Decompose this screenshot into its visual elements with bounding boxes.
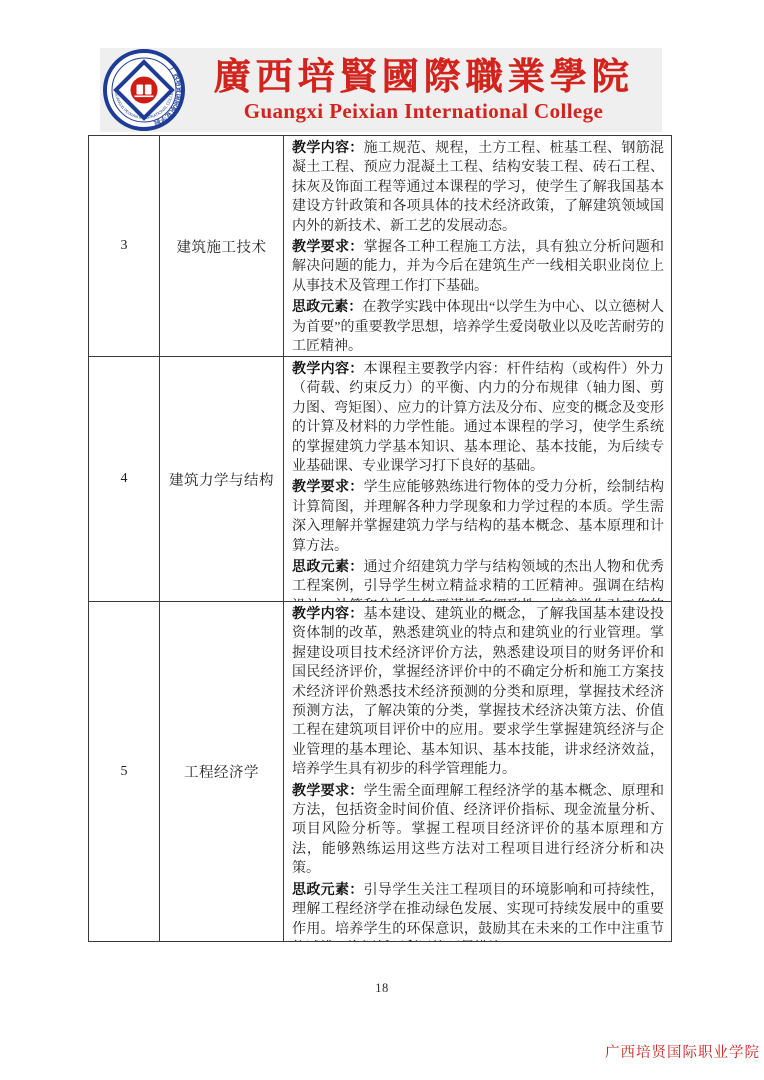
teaching-content-paragraph: 教学内容：本课程主要教学内容：杆件结构（或构件）外力（荷载、约束反力）的平衡、内… bbox=[292, 360, 664, 476]
section-text: 基本建设、建筑业的概念，了解我国基本建设投资体制的改革，熟悉建筑业的特点和建筑业… bbox=[292, 607, 664, 777]
section-label: 教学内容： bbox=[292, 607, 364, 622]
teaching-requirement-paragraph: 教学要求：掌握各工种工程施工方法，具有独立分析问题和解决问题的能力，并为今后在建… bbox=[292, 238, 664, 296]
course-number-cell: 4 bbox=[89, 357, 160, 601]
section-label: 思政元素： bbox=[292, 883, 364, 898]
course-name-cell: 建筑施工技术 bbox=[160, 136, 284, 356]
section-label: 思政元素： bbox=[292, 560, 364, 575]
section-label: 教学要求： bbox=[292, 784, 364, 799]
college-seal-icon: 广西培贤国际职业学院 GUANGXI PEIXIAN INTERNATIONAL… bbox=[103, 49, 185, 131]
college-title-chinese: 廣西培賢國際職業學院 bbox=[185, 59, 662, 96]
teaching-requirement-paragraph: 教学要求：学生需全面理解工程经济学的基本概念、原理和方法，包括资金时间价值、经济… bbox=[292, 782, 664, 879]
teaching-requirement-paragraph: 教学要求：学生应能够熟练进行物体的受力分析，绘制结构计算简图，并理解各种力学现象… bbox=[292, 478, 664, 556]
table-row: 4 建筑力学与结构 教学内容：本课程主要教学内容：杆件结构（或构件）外力（荷载、… bbox=[89, 356, 671, 601]
section-label: 教学内容： bbox=[292, 141, 364, 156]
course-number-cell: 3 bbox=[89, 136, 160, 356]
course-name-cell: 工程经济学 bbox=[160, 602, 284, 941]
page-number: 18 bbox=[0, 981, 764, 996]
college-title-english: Guangxi Peixian International College bbox=[185, 101, 662, 122]
ideological-element-paragraph: 思政元素：通过介绍建筑力学与结构领域的杰出人物和优秀工程案例，引导学生树立精益求… bbox=[292, 558, 664, 601]
document-page: 广西培贤国际职业学院 GUANGXI PEIXIAN INTERNATIONAL… bbox=[0, 0, 764, 1080]
course-name-cell: 建筑力学与结构 bbox=[160, 357, 284, 601]
teaching-content-paragraph: 教学内容：施工规范、规程，土方工程、桩基工程、钢筋混凝土工程、预应力混凝土工程、… bbox=[292, 139, 664, 236]
course-table: 3 建筑施工技术 教学内容：施工规范、规程，土方工程、桩基工程、钢筋混凝土工程、… bbox=[88, 135, 672, 942]
course-detail-cell: 教学内容：本课程主要教学内容：杆件结构（或构件）外力（荷载、约束反力）的平衡、内… bbox=[284, 357, 671, 601]
section-label: 教学内容： bbox=[292, 362, 364, 377]
table-row: 5 工程经济学 教学内容：基本建设、建筑业的概念，了解我国基本建设投资体制的改革… bbox=[89, 601, 671, 941]
teaching-content-paragraph: 教学内容：基本建设、建筑业的概念，了解我国基本建设投资体制的改革，熟悉建筑业的特… bbox=[292, 605, 664, 780]
course-detail-cell: 教学内容：施工规范、规程，土方工程、桩基工程、钢筋混凝土工程、预应力混凝土工程、… bbox=[284, 136, 671, 356]
ideological-element-paragraph: 思政元素：在教学实践中体现出“以学生为中心、以立德树人为首要”的重要教学思想，培… bbox=[292, 298, 664, 356]
college-titles: 廣西培賢國際職業學院 Guangxi Peixian International… bbox=[185, 59, 662, 122]
section-label: 思政元素： bbox=[292, 300, 362, 315]
section-label: 教学要求： bbox=[292, 240, 364, 255]
footer-college-watermark: 广西培贤国际职业学院 bbox=[605, 1041, 760, 1062]
table-row: 3 建筑施工技术 教学内容：施工规范、规程，土方工程、桩基工程、钢筋混凝土工程、… bbox=[89, 136, 671, 356]
course-detail-cell: 教学内容：基本建设、建筑业的概念，了解我国基本建设投资体制的改革，熟悉建筑业的特… bbox=[284, 602, 671, 941]
ideological-element-paragraph: 思政元素：引导学生关注工程项目的环境影响和可持续性，理解工程经济学在推动绿色发展… bbox=[292, 881, 664, 941]
section-label: 教学要求： bbox=[292, 480, 364, 495]
college-header: 广西培贤国际职业学院 GUANGXI PEIXIAN INTERNATIONAL… bbox=[100, 48, 662, 132]
course-number-cell: 5 bbox=[89, 602, 160, 941]
section-text: 本课程主要教学内容：杆件结构（或构件）外力（荷载、约束反力）的平衡、内力的分布规… bbox=[292, 362, 664, 474]
